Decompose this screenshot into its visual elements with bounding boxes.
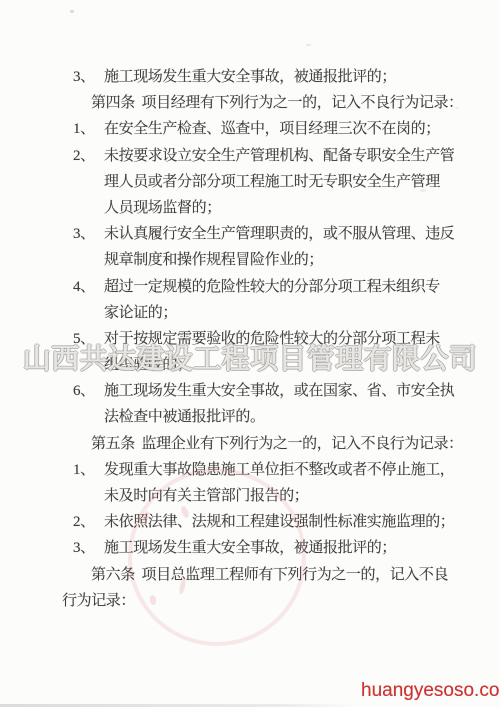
item-number: 5、 xyxy=(73,326,104,352)
text-line: 4、超过一定规模的危险性较大的分部分项工程未组织专 xyxy=(0,274,500,300)
text-line: 规章制度和操作规程冒险作业的； xyxy=(0,247,500,273)
line-text: 人员现场监督的； xyxy=(104,200,221,216)
line-text: 施工现场发生重大安全事故，被通报批评的； xyxy=(104,540,396,556)
line-text: 理人员或者分部分项工程施工时无专职安全生产管理 xyxy=(104,174,440,190)
item-number: 1、 xyxy=(73,457,104,483)
text-line: 1、发现重大事故隐患施工单位拒不整改或者不停止施工， xyxy=(0,457,500,483)
scanned-document-page: 3、施工现场发生重大安全事故，被通报批评的；第四条 项目经理有下列行为之一的，记… xyxy=(0,0,500,707)
text-line: 2、未按要求设立安全生产管理机构、配备专职安全生产管 xyxy=(0,143,500,169)
item-number: 1、 xyxy=(73,116,104,142)
line-text: 发现重大事故隐患施工单位拒不整改或者不停止施工， xyxy=(104,462,454,478)
line-text: 未认真履行安全生产管理职责的，或不服从管理、违反 xyxy=(104,226,454,242)
text-line: 3、施工现场发生重大安全事故，被通报批评的； xyxy=(0,535,500,561)
text-line: 家论证的； xyxy=(0,300,500,326)
line-text: 家论证的； xyxy=(104,305,177,321)
item-number: 3、 xyxy=(73,64,104,90)
line-text: 未按要求设立安全生产管理机构、配备专职安全生产管 xyxy=(104,148,454,164)
line-text: 第五条 监理企业有下列行为之一的，记入不良行为记录： xyxy=(91,436,463,452)
line-text: 在安全生产检查、巡查中，项目经理三次不在岗的； xyxy=(104,121,440,137)
line-text: 未及时向有关主管部门报告的； xyxy=(104,488,308,504)
item-number: 3、 xyxy=(73,221,104,247)
line-text: 对于按规定需要验收的危险性较大的分部分项工程未 xyxy=(104,331,440,347)
text-line: 2、未依照法律、法规和工程建设强制性标准实施监理的； xyxy=(0,509,500,535)
item-number: 2、 xyxy=(73,509,104,535)
line-text: 第六条 项目总监理工程师有下列行为之一的，记入不良 xyxy=(91,567,448,583)
item-number: 6、 xyxy=(73,378,104,404)
text-line: 3、施工现场发生重大安全事故，被通报批评的； xyxy=(0,64,500,90)
text-line: 人员现场监督的； xyxy=(0,195,500,221)
text-line: 未及时向有关主管部门报告的； xyxy=(0,483,500,509)
text-line: 1、在安全生产检查、巡查中，项目经理三次不在岗的； xyxy=(0,116,500,142)
line-text: 施工现场发生重大安全事故，被通报批评的； xyxy=(104,69,396,85)
text-line: 3、未认真履行安全生产管理职责的，或不服从管理、违反 xyxy=(0,221,500,247)
item-number: 4、 xyxy=(73,274,104,300)
text-line: 5、对于按规定需要验收的危险性较大的分部分项工程未 xyxy=(0,326,500,352)
line-text: 行为记录： xyxy=(62,593,135,609)
text-line: 第五条 监理企业有下列行为之一的，记入不良行为记录： xyxy=(0,431,500,457)
text-line: 理人员或者分部分项工程施工时无专职安全生产管理 xyxy=(0,169,500,195)
line-text: 规章制度和操作规程冒险作业的； xyxy=(104,252,323,268)
text-line: 法检查中被通报批评的。 xyxy=(0,404,500,430)
line-text: 法检查中被通报批评的。 xyxy=(104,409,265,425)
site-watermark-url: huangyesoso.com xyxy=(361,680,500,702)
line-text: 施工现场发生重大安全事故，或在国家、省、市安全执 xyxy=(104,383,454,399)
text-line: 行为记录： xyxy=(0,588,500,614)
text-line: 第六条 项目总监理工程师有下列行为之一的，记入不良 xyxy=(0,562,500,588)
text-line: 第四条 项目经理有下列行为之一的，记入不良行为记录： xyxy=(0,90,500,116)
line-text: 第四条 项目经理有下列行为之一的，记入不良行为记录： xyxy=(91,95,463,111)
scan-speck xyxy=(306,44,311,46)
document-text-block: 3、施工现场发生重大安全事故，被通报批评的；第四条 项目经理有下列行为之一的，记… xyxy=(0,64,500,614)
text-line: 6、施工现场发生重大安全事故，或在国家、省、市安全执 xyxy=(0,378,500,404)
item-number: 2、 xyxy=(73,143,104,169)
line-text: 组织验收的； xyxy=(104,357,192,373)
line-text: 未依照法律、法规和工程建设强制性标准实施监理的； xyxy=(104,514,454,530)
line-text: 超过一定规模的危险性较大的分部分项工程未组织专 xyxy=(104,279,440,295)
item-number: 3、 xyxy=(73,535,104,561)
scan-speck xyxy=(70,10,74,13)
text-line: 组织验收的； xyxy=(0,352,500,378)
